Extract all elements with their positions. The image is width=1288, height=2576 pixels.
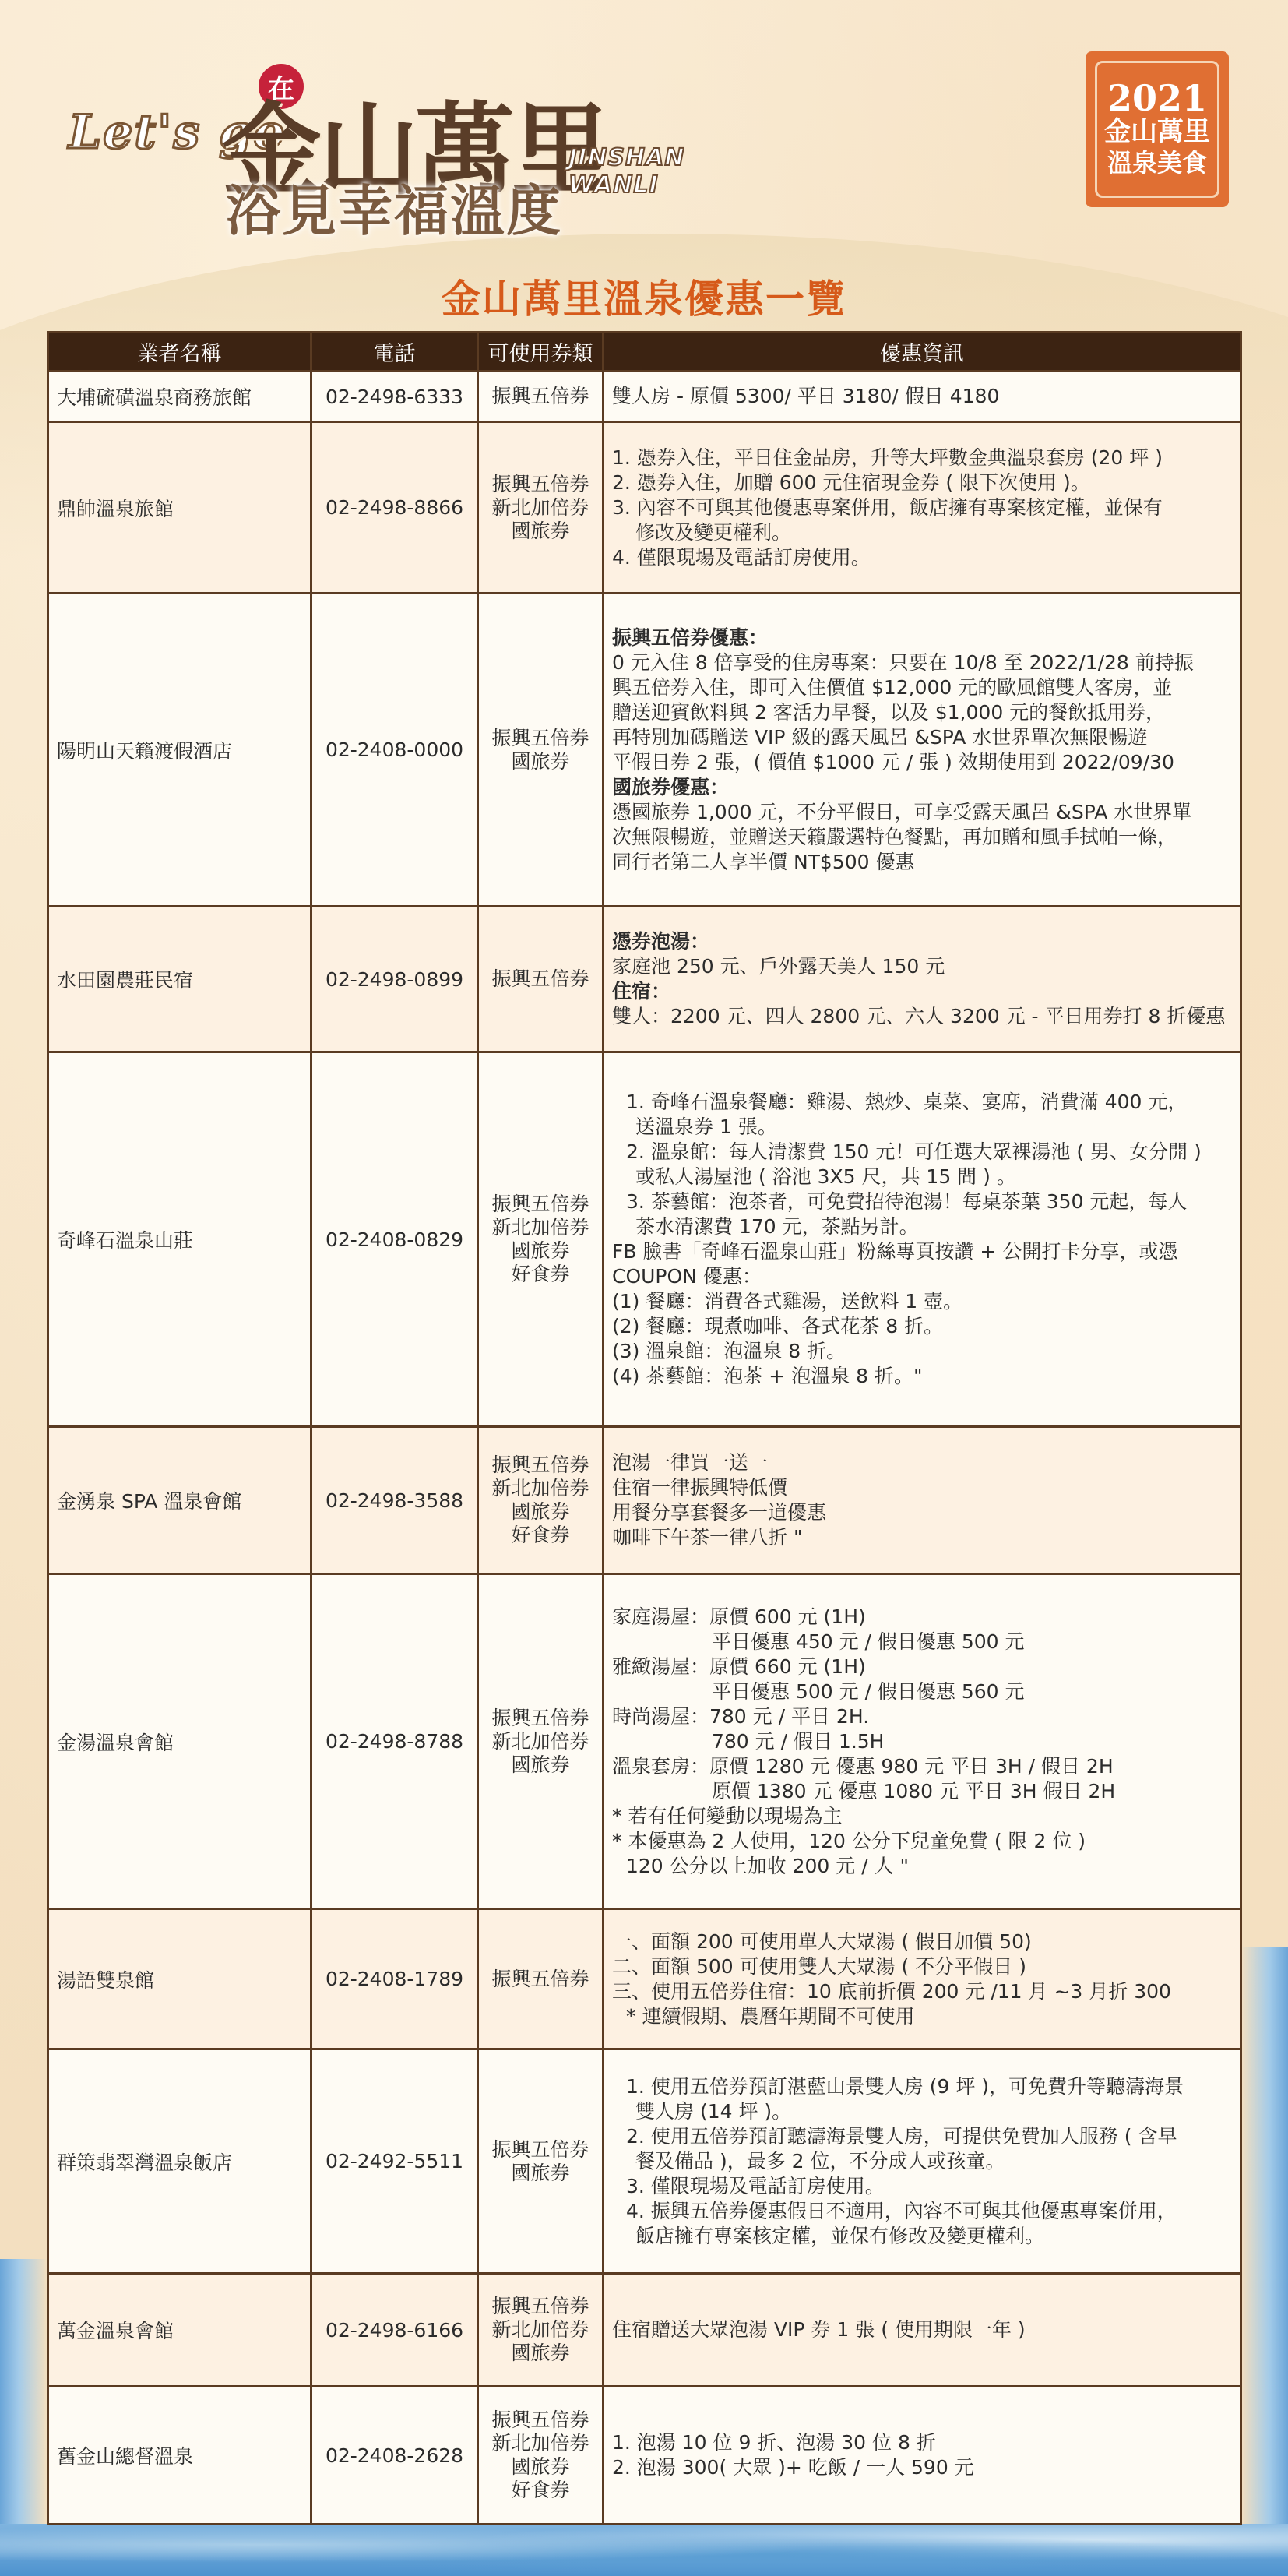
offer-line: 2. 憑券入住，加贈 600 元住宿現金券 ( 限下次使用 )。 <box>612 470 1232 495</box>
voucher-type: 新北加倍券 <box>487 1216 594 1239</box>
voucher-types-cell: 振興五倍券 <box>478 907 604 1052</box>
table-row: 奇峰石溫泉山莊02-2408-0829振興五倍券新北加倍券國旅券好食券1. 奇峰… <box>48 1052 1241 1427</box>
voucher-type: 振興五倍券 <box>487 967 594 991</box>
table-body: 大埔硫磺溫泉商務旅館02-2498-6333振興五倍券雙人房 - 原價 5300… <box>48 372 1241 2525</box>
business-name-cell: 群策翡翠灣溫泉飯店 <box>48 2049 311 2274</box>
offer-line: 時尚湯屋：780 元 / 平日 2H. <box>612 1704 1232 1729</box>
voucher-type: 新北加倍券 <box>487 496 594 520</box>
offer-line: 2. 使用五倍券預訂聽濤海景雙人房，可提供免費加人服務 ( 含早 <box>612 2124 1232 2149</box>
offer-line: 餐及備品 )，最多 2 位，不分成人或孩童。 <box>612 2149 1232 2174</box>
business-name-cell: 奇峰石溫泉山莊 <box>48 1052 311 1427</box>
offer-line: 3. 內容不可與其他優惠專案併用，飯店擁有專案核定權，並保有 <box>612 495 1232 520</box>
offer-line: COUPON 優惠： <box>612 1264 1232 1289</box>
phone-cell: 02-2498-6333 <box>311 372 478 422</box>
offer-line: * 本優惠為 2 人使用，120 公分下兒童免費 ( 限 2 位 ) <box>612 1829 1232 1854</box>
offer-line: 2. 泡湯 300( 大眾 )+ 吃飯 / 一人 590 元 <box>612 2455 1232 2480</box>
offer-line: 3. 茶藝館：泡茶者，可免費招待泡湯！每桌茶葉 350 元起，每人 <box>612 1189 1232 1214</box>
phone-cell: 02-2408-2628 <box>311 2387 478 2525</box>
voucher-type: 國旅券 <box>487 1500 594 1524</box>
water-decoration-right <box>1241 1947 1288 2524</box>
offer-line: 興五倍券入住，即可入住價值 $12,000 元的歐風館雙人客房，並 <box>612 675 1232 700</box>
offer-line: 送溫泉券 1 張。 <box>612 1115 1232 1140</box>
table-row: 群策翡翠灣溫泉飯店02-2492-5511振興五倍券國旅券1. 使用五倍券預訂湛… <box>48 2049 1241 2274</box>
phone-cell: 02-2498-8788 <box>311 1574 478 1909</box>
table-row: 水田園農莊民宿02-2498-0899振興五倍券憑券泡湯：家庭池 250 元、戶… <box>48 907 1241 1052</box>
table-header-row: 業者名稱 電話 可使用券類 優惠資訊 <box>48 333 1241 372</box>
voucher-types-cell: 振興五倍券 <box>478 372 604 422</box>
logo-subtitle: 浴見幸福溫度 <box>226 167 562 246</box>
offer-line: 平日優惠 500 元 / 假日優惠 560 元 <box>612 1679 1232 1704</box>
column-header-vouchers: 可使用券類 <box>478 333 604 372</box>
voucher-type: 振興五倍券 <box>487 2138 594 2162</box>
voucher-type: 新北加倍券 <box>487 1730 594 1753</box>
offer-info-cell: 泡湯一律買一送一住宿一律振興特低價用餐分享套餐多一道優惠咖啡下午茶一律八折 " <box>604 1427 1241 1574</box>
offer-line: 平日優惠 450 元 / 假日優惠 500 元 <box>612 1630 1232 1654</box>
offer-info-cell: 住宿贈送大眾泡湯 VIP 券 1 張 ( 使用期限一年 ) <box>604 2274 1241 2387</box>
voucher-type: 國旅券 <box>487 2342 594 2365</box>
water-decoration-left <box>0 2259 47 2524</box>
offer-line: 茶水清潔費 170 元，茶點另計。 <box>612 1214 1232 1239</box>
phone-cell: 02-2498-3588 <box>311 1427 478 1574</box>
voucher-types-cell: 振興五倍券新北加倍券國旅券好食券 <box>478 1052 604 1427</box>
offer-heading: 振興五倍券優惠： <box>612 625 1232 650</box>
offer-line: FB 臉書「奇峰石溫泉山莊」粉絲專頁按讚 + 公開打卡分享，或憑 <box>612 1239 1232 1264</box>
offer-line: 平假日券 2 張，( 價值 $1000 元 / 張 ) 效期使用到 2022/0… <box>612 750 1232 775</box>
offer-heading: 憑券泡湯： <box>612 929 1232 954</box>
voucher-type: 國旅券 <box>487 520 594 543</box>
offer-info-cell: 振興五倍券優惠：0 元入住 8 倍享受的住房專案：只要在 10/8 至 2022… <box>604 594 1241 907</box>
offer-line: 4. 振興五倍券優惠假日不適用，內容不可與其他優惠專案併用， <box>612 2199 1232 2224</box>
offer-line: 4. 僅限現場及電話訂房使用。 <box>612 545 1232 570</box>
offer-line: 修改及變更權利。 <box>612 520 1232 545</box>
voucher-type: 國旅券 <box>487 2162 594 2185</box>
offer-line: 或私人湯屋池 ( 浴池 3X5 尺，共 15 間 ) 。 <box>612 1165 1232 1189</box>
voucher-type: 國旅券 <box>487 2455 594 2479</box>
voucher-type: 振興五倍券 <box>487 2409 594 2432</box>
voucher-type: 振興五倍券 <box>487 1968 594 1991</box>
offer-line: 次無限暢遊，並贈送天籟嚴選特色餐點，再加贈和風手拭帕一條， <box>612 825 1232 850</box>
business-name-cell: 萬金溫泉會館 <box>48 2274 311 2387</box>
column-header-offer: 優惠資訊 <box>604 333 1241 372</box>
offer-line: 咖啡下午茶一律八折 " <box>612 1525 1232 1550</box>
business-name-cell: 陽明山天籟渡假酒店 <box>48 594 311 907</box>
offer-info-cell: 家庭湯屋：原價 600 元 (1H)平日優惠 450 元 / 假日優惠 500 … <box>604 1574 1241 1909</box>
offer-line: 同行者第二人享半價 NT$500 優惠 <box>612 850 1232 875</box>
offer-line: 憑國旅券 1,000 元，不分平假日，可享受露天風呂 &SPA 水世界單 <box>612 800 1232 825</box>
hot-spring-offers-table: 業者名稱 電話 可使用券類 優惠資訊 大埔硫磺溫泉商務旅館02-2498-633… <box>47 331 1242 2525</box>
offer-line: 用餐分享套餐多一道優惠 <box>612 1500 1232 1525</box>
voucher-types-cell: 振興五倍券新北加倍券國旅券 <box>478 422 604 594</box>
voucher-type: 國旅券 <box>487 750 594 774</box>
table-row: 萬金溫泉會館02-2498-6166振興五倍券新北加倍券國旅券住宿贈送大眾泡湯 … <box>48 2274 1241 2387</box>
voucher-types-cell: 振興五倍券新北加倍券國旅券好食券 <box>478 2387 604 2525</box>
voucher-type: 振興五倍券 <box>487 473 594 496</box>
offer-line: (4) 茶藝館：泡茶 + 泡溫泉 8 折。" <box>612 1364 1232 1389</box>
phone-cell: 02-2408-1789 <box>311 1909 478 2049</box>
table-row: 舊金山總督溫泉02-2408-2628振興五倍券新北加倍券國旅券好食券1. 泡湯… <box>48 2387 1241 2525</box>
stamp-year: 2021 <box>1107 80 1207 116</box>
offer-line: 1. 憑券入住，平日住金品房，升等大坪數金典溫泉套房 (20 坪 ) <box>612 446 1232 470</box>
campaign-logo: 在 Let's go 金山萬里 JINSHAN WANLI 浴見幸福溫度 <box>62 31 763 241</box>
offer-line: 雙人房 (14 坪 )。 <box>612 2099 1232 2124</box>
voucher-type: 振興五倍券 <box>487 727 594 750</box>
offer-line: 三、使用五倍券住宿：10 底前折價 200 元 /11 月 ~3 月折 300 <box>612 1979 1232 2004</box>
offer-line: 一、面額 200 可使用單人大眾湯 ( 假日加價 50) <box>612 1929 1232 1954</box>
offer-heading: 住宿： <box>612 979 1232 1004</box>
offer-line: 2. 溫泉館：每人清潔費 150 元！可任選大眾裸湯池 ( 男、女分開 ) <box>612 1140 1232 1165</box>
offer-line: (3) 溫泉館：泡溫泉 8 折。 <box>612 1339 1232 1364</box>
offer-info-cell: 1. 奇峰石溫泉餐廳：雞湯、熱炒、桌菜、宴席，消費滿 400 元，送溫泉券 1 … <box>604 1052 1241 1427</box>
offer-line: 雅緻湯屋：原價 660 元 (1H) <box>612 1654 1232 1679</box>
table-row: 金湯溫泉會館02-2498-8788振興五倍券新北加倍券國旅券家庭湯屋：原價 6… <box>48 1574 1241 1909</box>
voucher-type: 國旅券 <box>487 1239 594 1263</box>
offer-line: 二、面額 500 可使用雙人大眾湯 ( 不分平假日 ) <box>612 1954 1232 1979</box>
offer-line: 120 公分以上加收 200 元 / 人 " <box>612 1854 1232 1879</box>
voucher-types-cell: 振興五倍券國旅券 <box>478 594 604 907</box>
voucher-type: 好食券 <box>487 1263 594 1286</box>
voucher-type: 振興五倍券 <box>487 385 594 408</box>
year-stamp: 2021 金山萬里 溫泉美食 <box>1087 53 1227 206</box>
voucher-type: 新北加倍券 <box>487 1477 594 1500</box>
column-header-name: 業者名稱 <box>48 333 311 372</box>
phone-cell: 02-2498-0899 <box>311 907 478 1052</box>
offer-line: 溫泉套房：原價 1280 元 優惠 980 元 平日 3H / 假日 2H <box>612 1754 1232 1779</box>
business-name-cell: 湯語雙泉館 <box>48 1909 311 2049</box>
table-row: 鼎帥溫泉旅館02-2498-8866振興五倍券新北加倍券國旅券1. 憑券入住，平… <box>48 422 1241 594</box>
voucher-type: 振興五倍券 <box>487 1193 594 1216</box>
offer-line: * 連續假期、農曆年期間不可使用 <box>612 2004 1232 2029</box>
phone-cell: 02-2492-5511 <box>311 2049 478 2274</box>
voucher-type: 振興五倍券 <box>487 1707 594 1730</box>
table-row: 大埔硫磺溫泉商務旅館02-2498-6333振興五倍券雙人房 - 原價 5300… <box>48 372 1241 422</box>
offer-line: 家庭池 250 元、戶外露天美人 150 元 <box>612 954 1232 979</box>
business-name-cell: 金湧泉 SPA 溫泉會館 <box>48 1427 311 1574</box>
offer-line: * 若有任何變動以現場為主 <box>612 1804 1232 1829</box>
offer-line: 780 元 / 假日 1.5H <box>612 1729 1232 1754</box>
voucher-types-cell: 振興五倍券新北加倍券國旅券好食券 <box>478 1427 604 1574</box>
business-name-cell: 大埔硫磺溫泉商務旅館 <box>48 372 311 422</box>
voucher-type: 好食券 <box>487 1524 594 1547</box>
offer-info-cell: 一、面額 200 可使用單人大眾湯 ( 假日加價 50)二、面額 500 可使用… <box>604 1909 1241 2049</box>
offer-line: 雙人：2200 元、四人 2800 元、六人 3200 元 - 平日用券打 8 … <box>612 1004 1232 1029</box>
offer-line: 雙人房 - 原價 5300/ 平日 3180/ 假日 4180 <box>612 384 1232 409</box>
phone-cell: 02-2408-0000 <box>311 594 478 907</box>
offer-line: 贈送迎賓飲料與 2 客活力早餐，以及 $1,000 元的餐飲抵用券， <box>612 700 1232 725</box>
offer-line: 3. 僅限現場及電話訂房使用。 <box>612 2174 1232 2199</box>
offer-line: 泡湯一律買一送一 <box>612 1450 1232 1475</box>
voucher-type: 振興五倍券 <box>487 2295 594 2318</box>
offer-line: 飯店擁有專案核定權，並保有修改及變更權利。 <box>612 2224 1232 2249</box>
stamp-name: 金山萬里 <box>1104 116 1210 148</box>
offer-line: 家庭湯屋：原價 600 元 (1H) <box>612 1605 1232 1630</box>
voucher-type: 振興五倍券 <box>487 1454 594 1477</box>
offer-line: 1. 泡湯 10 位 9 折、泡湯 30 位 8 折 <box>612 2430 1232 2455</box>
business-name-cell: 舊金山總督溫泉 <box>48 2387 311 2525</box>
page-title: 金山萬里溫泉優惠一覽 <box>0 268 1288 324</box>
voucher-types-cell: 振興五倍券國旅券 <box>478 2049 604 2274</box>
voucher-types-cell: 振興五倍券新北加倍券國旅券 <box>478 2274 604 2387</box>
table-row: 陽明山天籟渡假酒店02-2408-0000振興五倍券國旅券振興五倍券優惠：0 元… <box>48 594 1241 907</box>
table-row: 金湧泉 SPA 溫泉會館02-2498-3588振興五倍券新北加倍券國旅券好食券… <box>48 1427 1241 1574</box>
offer-info-cell: 1. 憑券入住，平日住金品房，升等大坪數金典溫泉套房 (20 坪 )2. 憑券入… <box>604 422 1241 594</box>
offer-info-cell: 雙人房 - 原價 5300/ 平日 3180/ 假日 4180 <box>604 372 1241 422</box>
phone-cell: 02-2498-8866 <box>311 422 478 594</box>
offer-line: (1) 餐廳：消費各式雞湯，送飲料 1 壺。 <box>612 1289 1232 1314</box>
voucher-types-cell: 振興五倍券新北加倍券國旅券 <box>478 1574 604 1909</box>
offer-line: 0 元入住 8 倍享受的住房專案：只要在 10/8 至 2022/1/28 前持… <box>612 650 1232 675</box>
offer-line: 再特別加碼贈送 VIP 級的露天風呂 &SPA 水世界單次無限暢遊 <box>612 725 1232 750</box>
business-name-cell: 金湯溫泉會館 <box>48 1574 311 1909</box>
offer-line: 1. 使用五倍券預訂湛藍山景雙人房 (9 坪 )，可免費升等聽濤海景 <box>612 2074 1232 2099</box>
offer-line: 1. 奇峰石溫泉餐廳：雞湯、熱炒、桌菜、宴席，消費滿 400 元， <box>612 1090 1232 1115</box>
phone-cell: 02-2498-6166 <box>311 2274 478 2387</box>
offer-heading: 國旅券優惠： <box>612 775 1232 800</box>
column-header-phone: 電話 <box>311 333 478 372</box>
voucher-type: 新北加倍券 <box>487 2432 594 2455</box>
business-name-cell: 鼎帥溫泉旅館 <box>48 422 311 594</box>
offer-line: 住宿贈送大眾泡湯 VIP 券 1 張 ( 使用期限一年 ) <box>612 2317 1232 2342</box>
voucher-type: 好食券 <box>487 2479 594 2502</box>
table-row: 湯語雙泉館02-2408-1789振興五倍券一、面額 200 可使用單人大眾湯 … <box>48 1909 1241 2049</box>
water-decoration-bottom <box>0 2524 1288 2576</box>
offer-line: 住宿一律振興特低價 <box>612 1475 1232 1500</box>
business-name-cell: 水田園農莊民宿 <box>48 907 311 1052</box>
offer-line: (2) 餐廳：現煮咖啡、各式花茶 8 折。 <box>612 1314 1232 1339</box>
voucher-types-cell: 振興五倍券 <box>478 1909 604 2049</box>
offer-info-cell: 1. 使用五倍券預訂湛藍山景雙人房 (9 坪 )，可免費升等聽濤海景雙人房 (1… <box>604 2049 1241 2274</box>
offer-line: 原價 1380 元 優惠 1080 元 平日 3H 假日 2H <box>612 1779 1232 1804</box>
stamp-tagline: 溫泉美食 <box>1107 148 1207 178</box>
voucher-type: 國旅券 <box>487 1753 594 1777</box>
logo-english: JINSHAN WANLI <box>568 144 763 199</box>
offer-info-cell: 憑券泡湯：家庭池 250 元、戶外露天美人 150 元住宿：雙人：2200 元、… <box>604 907 1241 1052</box>
offer-info-cell: 1. 泡湯 10 位 9 折、泡湯 30 位 8 折2. 泡湯 300( 大眾 … <box>604 2387 1241 2525</box>
voucher-type: 新北加倍券 <box>487 2318 594 2342</box>
phone-cell: 02-2408-0829 <box>311 1052 478 1427</box>
